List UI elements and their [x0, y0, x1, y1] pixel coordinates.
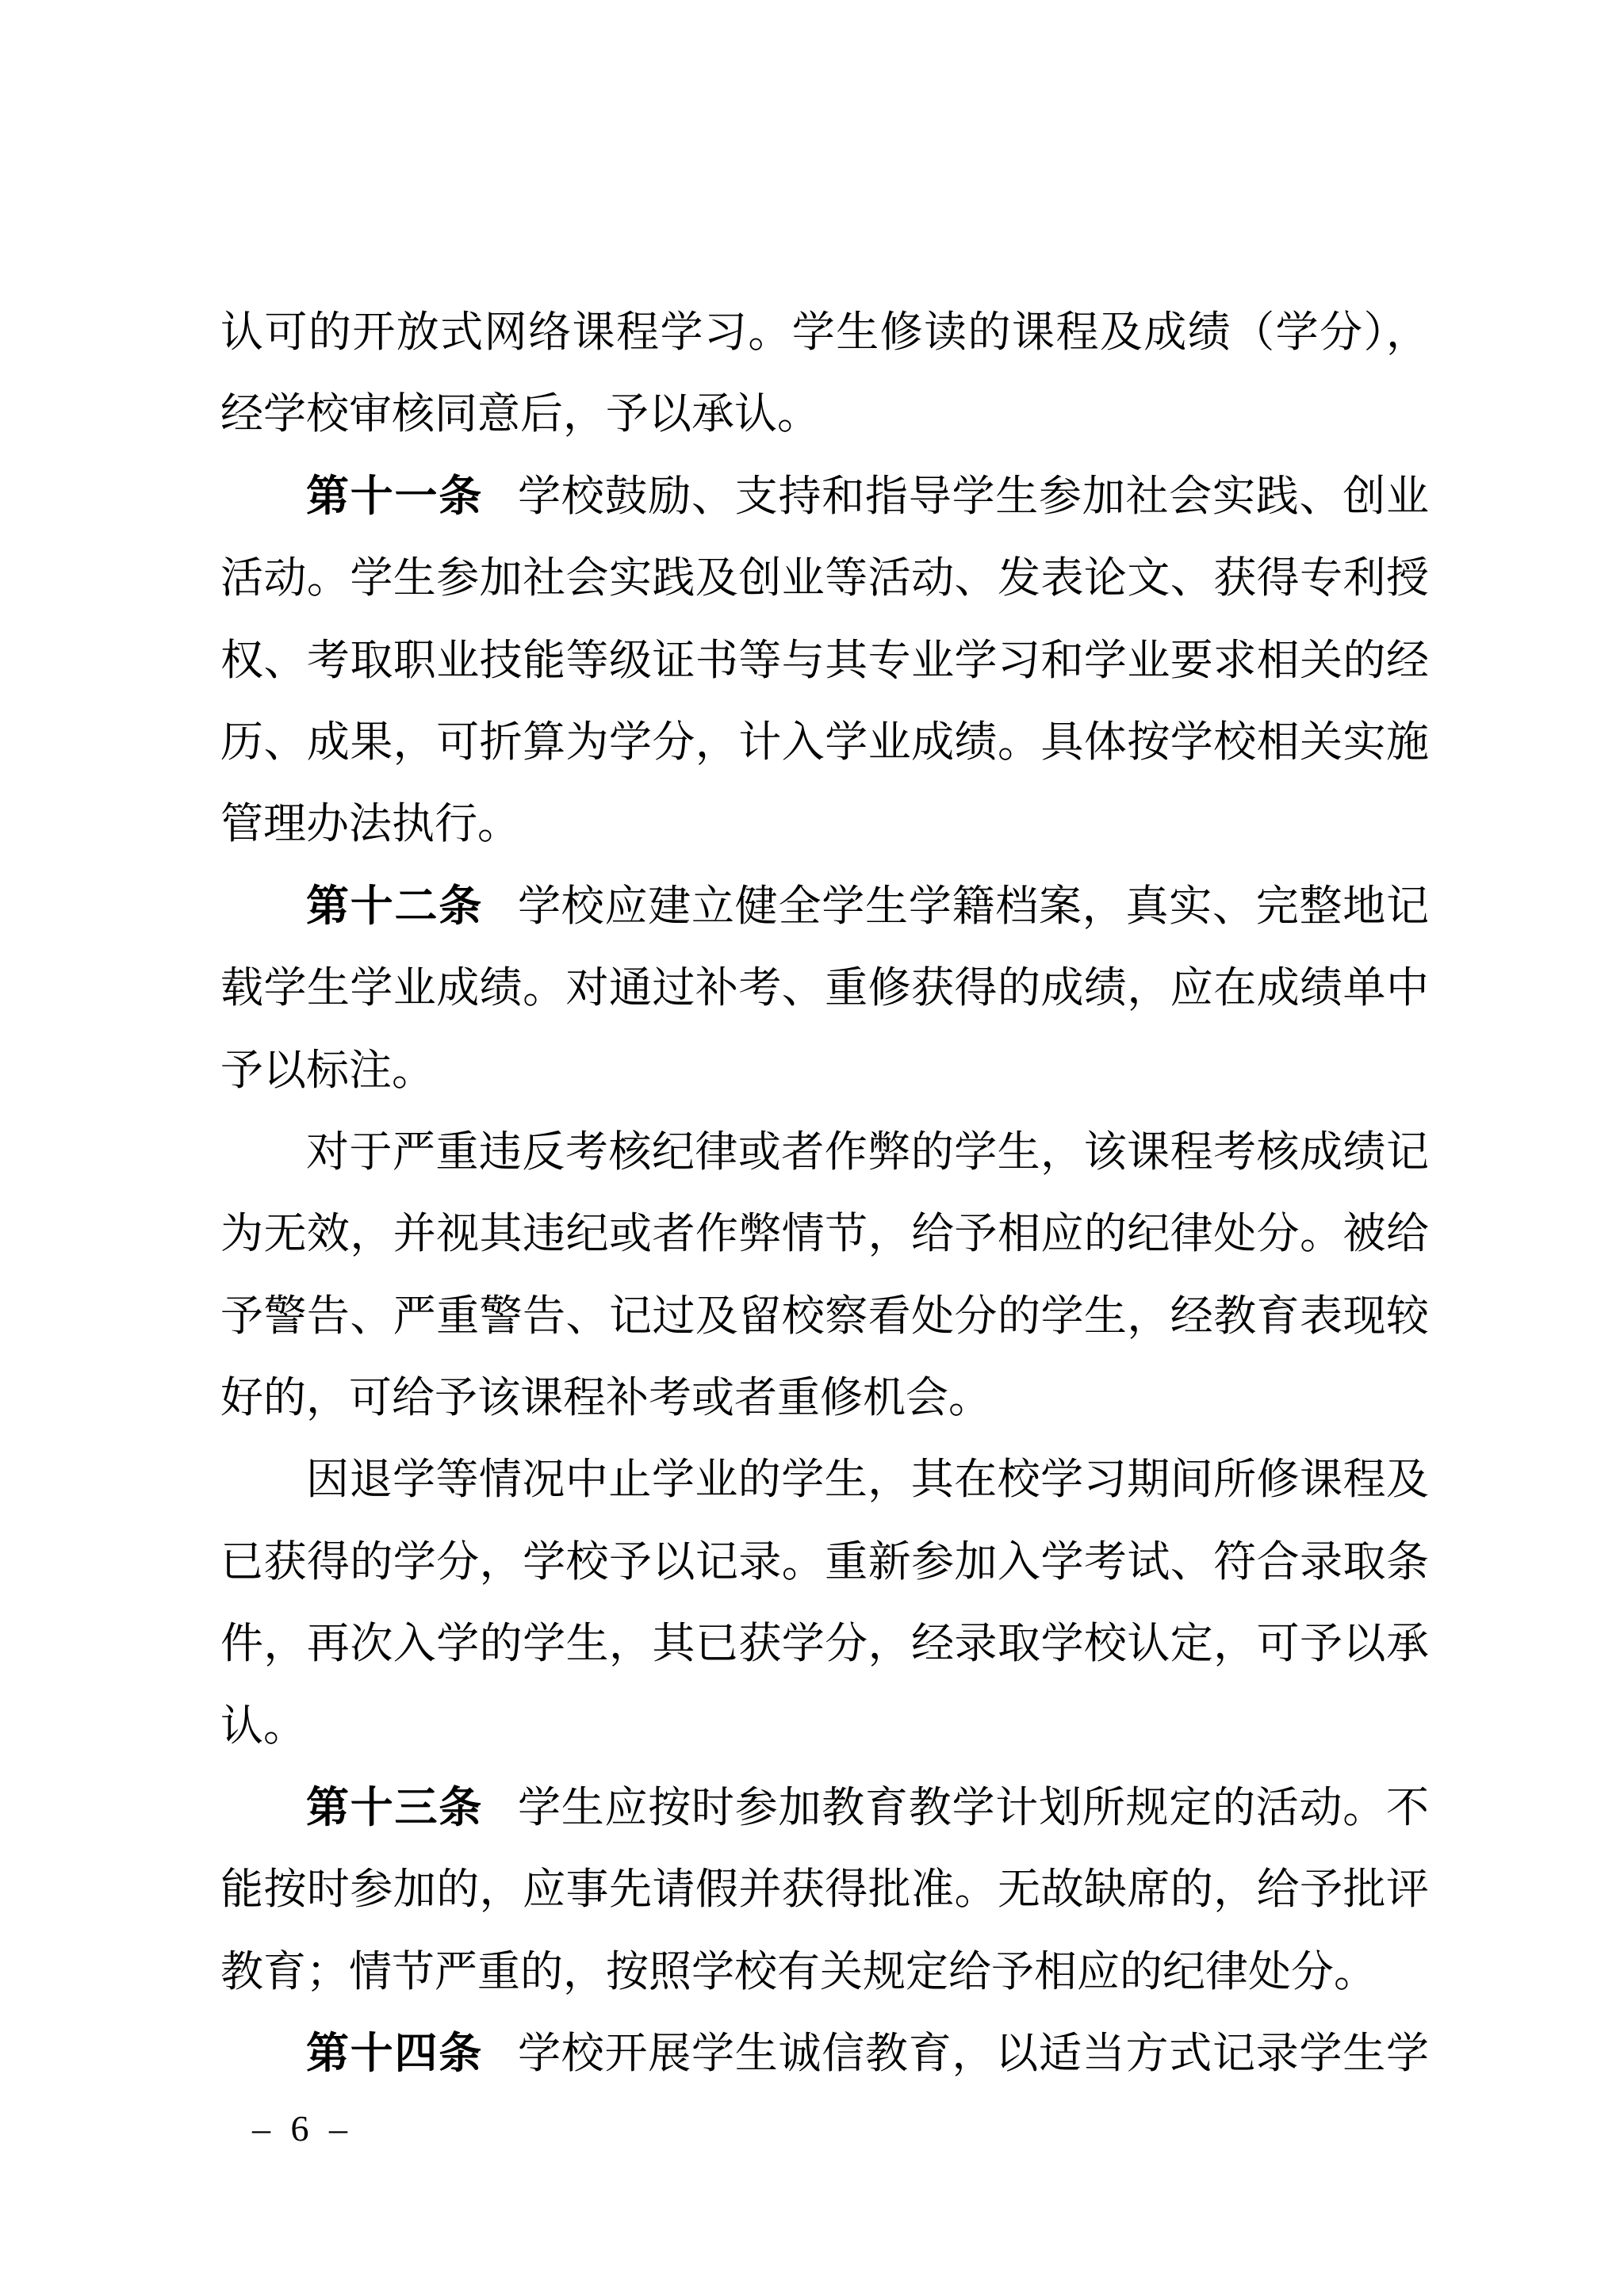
- line-text: 学校开展学生诚信教育，以适当方式记录学生学: [517, 2030, 1429, 2077]
- line-text: 已获得的学分，学校予以记录。重新参加入学考试、符合录取条: [220, 1538, 1429, 1586]
- line-text: 活动。学生参加社会实践及创业等活动、发表论文、获得专利授: [220, 554, 1429, 602]
- article-line: 第十二条学校应建立健全学生学籍档案，真实、完整地记: [220, 866, 1429, 947]
- line-text: 因退学等情况中止学业的学生，其在校学习期间所修课程及: [306, 1456, 1429, 1503]
- text-line: 为无效，并视其违纪或者作弊情节，给予相应的纪律处分。被给: [220, 1193, 1429, 1275]
- line-text: 管理办法执行。: [220, 800, 520, 848]
- line-text: 认可的开放式网络课程学习。学生修读的课程及成绩（学分），: [220, 308, 1429, 356]
- article-term: 第十三条: [306, 1784, 483, 1831]
- article-term: 第十四条: [306, 2030, 483, 2077]
- line-text: 认。: [220, 1702, 306, 1750]
- line-text: 件，再次入学的学生，其已获学分，经录取学校认定，可予以承: [220, 1620, 1429, 1667]
- line-text: 权、考取职业技能等级证书等与其专业学习和学业要求相关的经: [220, 637, 1429, 684]
- article-line: 第十三条学生应按时参加教育教学计划所规定的活动。不: [220, 1767, 1429, 1849]
- text-line: 历、成果，可折算为学分，计入学业成绩。具体按学校相关实施: [220, 702, 1429, 783]
- text-line: 教育；情节严重的，按照学校有关规定给予相应的纪律处分。: [220, 1931, 1429, 2013]
- text-line: 对于严重违反考核纪律或者作弊的学生，该课程考核成绩记: [220, 1112, 1429, 1193]
- line-text: 学生应按时参加教育教学计划所规定的活动。不: [517, 1784, 1429, 1831]
- text-line: 认可的开放式网络课程学习。学生修读的课程及成绩（学分），: [220, 292, 1429, 373]
- line-text: 经学校审核同意后，予以承认。: [220, 390, 820, 438]
- line-text: 予警告、严重警告、记过及留校察看处分的学生，经教育表现较: [220, 1292, 1429, 1340]
- line-text: 学校应建立健全学生学籍档案，真实、完整地记: [517, 882, 1429, 930]
- text-line: 因退学等情况中止学业的学生，其在校学习期间所修课程及: [220, 1439, 1429, 1521]
- page-number: – 6 –: [252, 2105, 347, 2152]
- text-line: 好的，可给予该课程补考或者重修机会。: [220, 1357, 1429, 1439]
- document-body: 认可的开放式网络课程学习。学生修读的课程及成绩（学分），经学校审核同意后，予以承…: [220, 292, 1429, 2095]
- text-line: 管理办法执行。: [220, 783, 1429, 865]
- line-text: 历、成果，可折算为学分，计入学业成绩。具体按学校相关实施: [220, 718, 1429, 766]
- article-term: 第十一条: [306, 473, 483, 520]
- line-text: 为无效，并视其违纪或者作弊情节，给予相应的纪律处分。被给: [220, 1210, 1429, 1257]
- text-line: 载学生学业成绩。对通过补考、重修获得的成绩，应在成绩单中: [220, 947, 1429, 1029]
- document-page: 认可的开放式网络课程学习。学生修读的课程及成绩（学分），经学校审核同意后，予以承…: [0, 0, 1624, 2296]
- text-line: 认。: [220, 1686, 1429, 1767]
- line-text: 予以标注。: [220, 1047, 435, 1094]
- text-line: 能按时参加的，应事先请假并获得批准。无故缺席的，给予批评: [220, 1849, 1429, 1931]
- text-line: 权、考取职业技能等级证书等与其专业学习和学业要求相关的经: [220, 620, 1429, 702]
- article-line: 第十四条学校开展学生诚信教育，以适当方式记录学生学: [220, 2013, 1429, 2095]
- text-line: 件，再次入学的学生，其已获学分，经录取学校认定，可予以承: [220, 1603, 1429, 1685]
- article-term: 第十二条: [306, 882, 483, 930]
- article-line: 第十一条学校鼓励、支持和指导学生参加社会实践、创业: [220, 456, 1429, 538]
- line-text: 能按时参加的，应事先请假并获得批准。无故缺席的，给予批评: [220, 1865, 1429, 1913]
- line-text: 好的，可给予该课程补考或者重修机会。: [220, 1374, 991, 1422]
- text-line: 活动。学生参加社会实践及创业等活动、发表论文、获得专利授: [220, 538, 1429, 619]
- line-text: 学校鼓励、支持和指导学生参加社会实践、创业: [517, 473, 1429, 520]
- text-line: 已获得的学分，学校予以记录。重新参加入学考试、符合录取条: [220, 1521, 1429, 1603]
- line-text: 教育；情节严重的，按照学校有关规定给予相应的纪律处分。: [220, 1948, 1377, 1996]
- text-line: 予警告、严重警告、记过及留校察看处分的学生，经教育表现较: [220, 1276, 1429, 1357]
- line-text: 载学生学业成绩。对通过补考、重修获得的成绩，应在成绩单中: [220, 964, 1429, 1012]
- text-line: 予以标注。: [220, 1030, 1429, 1112]
- line-text: 对于严重违反考核纪律或者作弊的学生，该课程考核成绩记: [306, 1128, 1429, 1176]
- text-line: 经学校审核同意后，予以承认。: [220, 373, 1429, 455]
